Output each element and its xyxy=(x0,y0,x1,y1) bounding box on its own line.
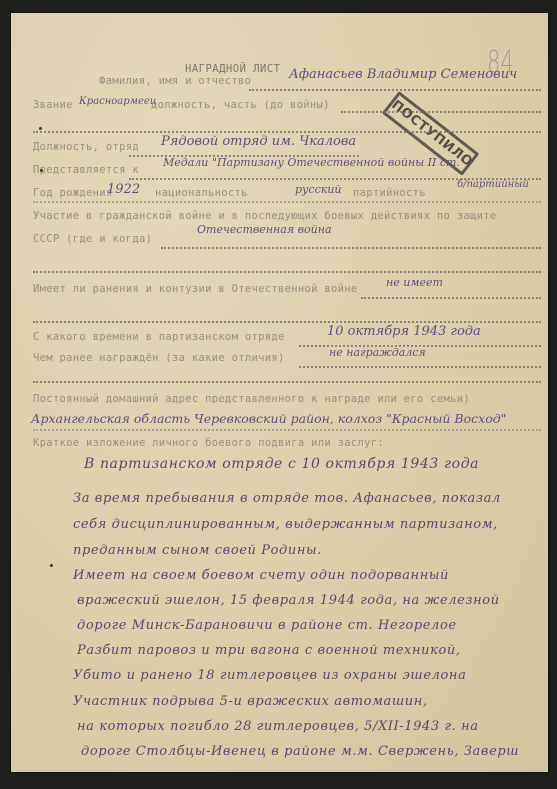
field-label-previous-awards: Чем ранее награждён (за какие отличия) xyxy=(33,352,285,364)
field-label-summary: Краткое изложение личного боевого подвиг… xyxy=(33,437,384,449)
dotted-line xyxy=(249,87,541,91)
field-value-award: Медали "Партизану Отечественной войны II… xyxy=(163,156,465,169)
field-label-participation: Участие в гражданской войне и в последую… xyxy=(33,210,497,222)
field-label-birth-year: Год рождения xyxy=(33,187,112,199)
field-value-birth-year: 1922 xyxy=(107,182,140,197)
dotted-line xyxy=(341,109,541,113)
narrative-line: За время пребывания в отряде тов. Афанас… xyxy=(73,491,501,506)
narrative-line: Убито и ранено 18 гитлеровцев из охраны … xyxy=(73,668,466,683)
award-sheet-page: 84 НАГРАДНОЙ ЛИСТ ПОСТУПИЛО Фамилия, имя… xyxy=(11,13,548,772)
field-value-party: б/партийный xyxy=(457,179,529,190)
field-value-previous-awards: не награждался xyxy=(329,346,426,359)
dotted-line xyxy=(299,364,541,368)
field-label-participation-cont: СССР (где и когда) xyxy=(33,233,152,245)
field-label-position: Должность, отряд xyxy=(33,141,139,153)
field-label-party: партийность xyxy=(353,187,426,199)
narrative-line: на которых погибло 28 гитлеровцев, 5/XII… xyxy=(77,719,479,734)
narrative-line: Участник подрыва 5-и вражеских автомашин… xyxy=(73,694,428,709)
dotted-line xyxy=(33,199,541,203)
field-value-participation: Отечественная война xyxy=(197,223,332,236)
narrative-line: дороге Столбцы-Ивенец в районе м.м. Свер… xyxy=(81,744,519,759)
field-value-address: Архангельская область Черевковский район… xyxy=(31,411,506,426)
field-value-full-name: Афанасьев Владимир Семенович xyxy=(289,67,517,82)
field-label-rank: Звание xyxy=(33,99,73,111)
field-label-full-name: Фамилия, имя и отчество xyxy=(99,75,251,87)
field-value-nationality: русский xyxy=(295,183,341,196)
field-label-prewar-position: должность, часть (до войны) xyxy=(151,99,330,111)
dotted-line xyxy=(361,295,541,299)
field-value-wounds: не имеет xyxy=(386,276,443,289)
dotted-line xyxy=(33,379,541,383)
field-label-nationality: национальность xyxy=(155,187,248,199)
field-value-position: Рядовой отряд им. Чкалова xyxy=(161,134,356,149)
narrative-line: себя дисциплинированным, выдержанным пар… xyxy=(73,517,498,532)
dotted-line xyxy=(33,319,541,323)
field-label-since: С какого времени в партизанском отряде xyxy=(33,331,285,343)
narrative-line: преданным сыном своей Родины. xyxy=(73,543,322,558)
dotted-line xyxy=(33,427,541,431)
document-title: НАГРАДНОЙ ЛИСТ xyxy=(185,63,281,75)
narrative-line: дороге Минск-Барановичи в районе ст. Нег… xyxy=(77,618,457,633)
narrative-line: вражеский эшелон, 15 февраля 1944 года, … xyxy=(77,593,500,608)
paper-speck xyxy=(40,169,43,172)
narrative-line: Разбит паровоз и три вагона с военной те… xyxy=(77,643,461,658)
dotted-line xyxy=(33,269,541,273)
dotted-line xyxy=(33,129,541,133)
paper-speck xyxy=(39,127,42,130)
field-label-wounds: Имеет ли ранения и контузии в Отечествен… xyxy=(33,283,357,295)
narrative-line: Имеет на своем боевом счету один подорва… xyxy=(73,568,449,583)
narrative-line: В партизанском отряде с 10 октября 1943 … xyxy=(84,456,479,472)
field-value-rank: Красноармеец xyxy=(79,96,157,107)
field-label-nominated-for: Представляется к xyxy=(33,164,139,176)
paper-speck xyxy=(50,564,53,567)
dotted-line xyxy=(161,245,541,249)
field-value-since: 10 октября 1943 года xyxy=(327,324,481,339)
field-label-address: Постоянный домашний адрес представленног… xyxy=(33,393,470,405)
